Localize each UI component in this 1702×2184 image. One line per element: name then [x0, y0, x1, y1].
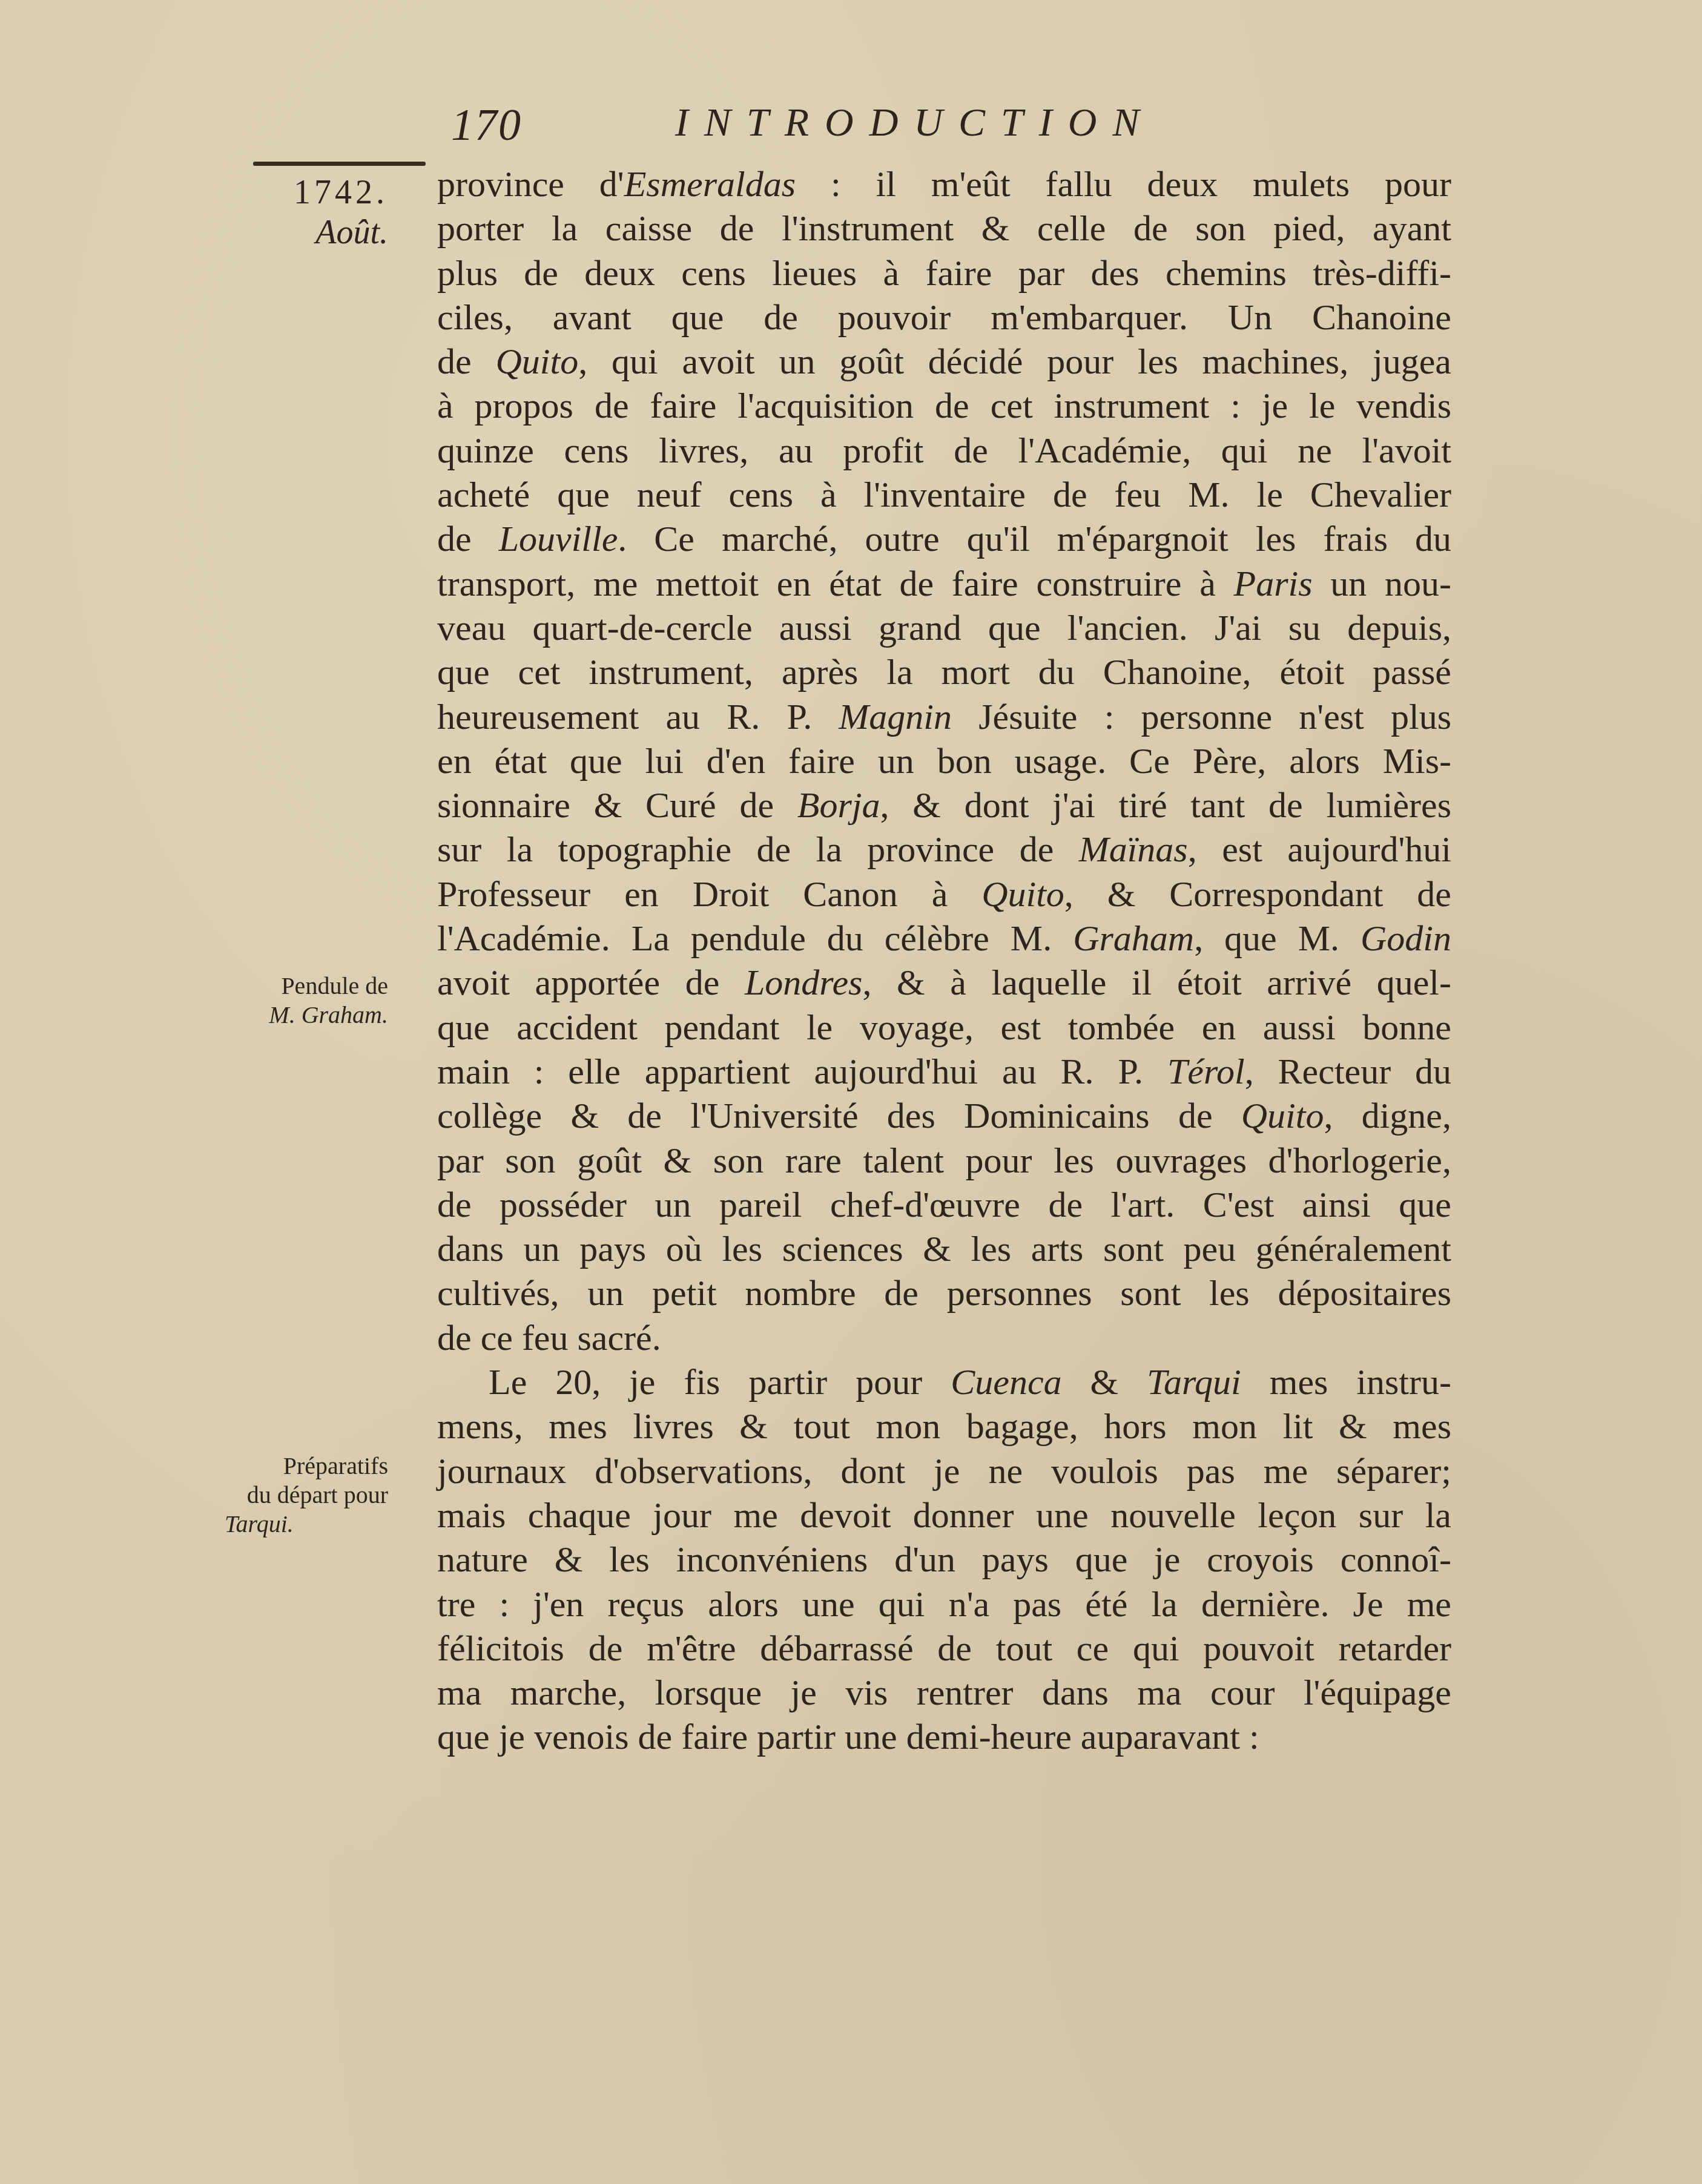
text-line: heureusement au R. P. Magnin Jésuite : p… — [437, 695, 1451, 739]
text-line: tre : j'en reçus alors une qui n'a pas é… — [437, 1582, 1451, 1626]
margin-date: 1742. Août. — [294, 173, 388, 252]
text-line: dans un pays où les sciences & les arts … — [437, 1227, 1451, 1271]
text-line: mais chaque jour me devoit donner une no… — [437, 1493, 1451, 1538]
text-line: acheté que neuf cens à l'inventaire de f… — [437, 473, 1451, 517]
text-line: ciles, avant que de pouvoir m'embarquer.… — [437, 295, 1451, 340]
text-line: journaux d'observations, dont je ne voul… — [437, 1449, 1451, 1493]
text-line: province d'Esmeraldas : il m'eût fallu d… — [437, 162, 1451, 206]
margin-note-preparatifs: Préparatifs du départ pour Tarqui. — [219, 1452, 388, 1539]
text-line: cultivés, un petit nombre de personnes s… — [437, 1271, 1451, 1315]
text-line: Le 20, je fis partir pour Cuenca & Tarqu… — [437, 1360, 1451, 1404]
text-line: de Louville. Ce marché, outre qu'il m'ép… — [437, 517, 1451, 561]
text-line: de Quito, qui avoit un goût décidé pour … — [437, 340, 1451, 384]
text-line: de ce feu sacré. — [437, 1316, 1451, 1360]
text-line: collège & de l'Université des Dominicain… — [437, 1094, 1451, 1138]
body-text: province d'Esmeraldas : il m'eût fallu d… — [437, 162, 1451, 1760]
text-line: avoit apportée de Londres, & à laquelle … — [437, 961, 1451, 1005]
text-line: félicitois de m'être débarrassé de tout … — [437, 1626, 1451, 1671]
text-line: que je venois de faire partir une demi-h… — [437, 1715, 1451, 1759]
text-line: par son goût & son rare talent pour les … — [437, 1139, 1451, 1183]
text-line: de posséder un pareil chef-d'œuvre de l'… — [437, 1183, 1451, 1227]
margin-year: 1742. — [294, 173, 388, 212]
text-line: quinze cens livres, au profit de l'Acadé… — [437, 429, 1451, 473]
text-line: mens, mes livres & tout mon bagage, hors… — [437, 1404, 1451, 1449]
text-line: nature & les inconvéniens d'un pays que … — [437, 1538, 1451, 1582]
text-line: porter la caisse de l'instrument & celle… — [437, 206, 1451, 251]
margin-note-pendule: Pendule de M. Graham. — [219, 972, 388, 1030]
text-line: que cet instrument, après la mort du Cha… — [437, 650, 1451, 694]
text-line: que accident pendant le voyage, est tomb… — [437, 1005, 1451, 1050]
text-line: transport, me mettoit en état de faire c… — [437, 562, 1451, 606]
text-line: ma marche, lorsque je vis rentrer dans m… — [437, 1671, 1451, 1715]
text-line: sur la topographie de la province de Maï… — [437, 827, 1451, 872]
margin-month: Août. — [294, 212, 388, 252]
text-line: à propos de faire l'acquisition de cet i… — [437, 384, 1451, 428]
running-head: INTRODUCTION — [675, 100, 1155, 146]
text-line: veau quart-de-cercle aussi grand que l'a… — [437, 606, 1451, 650]
text-line: Professeur en Droit Canon à Quito, & Cor… — [437, 872, 1451, 916]
text-line: en état que lui d'en faire un bon usage.… — [437, 739, 1451, 783]
text-line: plus de deux cens lieues à faire par des… — [437, 251, 1451, 295]
text-line: l'Académie. La pendule du célèbre M. Gra… — [437, 916, 1451, 961]
text-line: sionnaire & Curé de Borja, & dont j'ai t… — [437, 783, 1451, 827]
margin-rule — [253, 162, 426, 166]
book-page: 170 INTRODUCTION 1742. Août. Pendule de … — [0, 0, 1702, 2184]
text-line: main : elle appartient aujourd'hui au R.… — [437, 1050, 1451, 1094]
page-number: 170 — [451, 100, 522, 151]
